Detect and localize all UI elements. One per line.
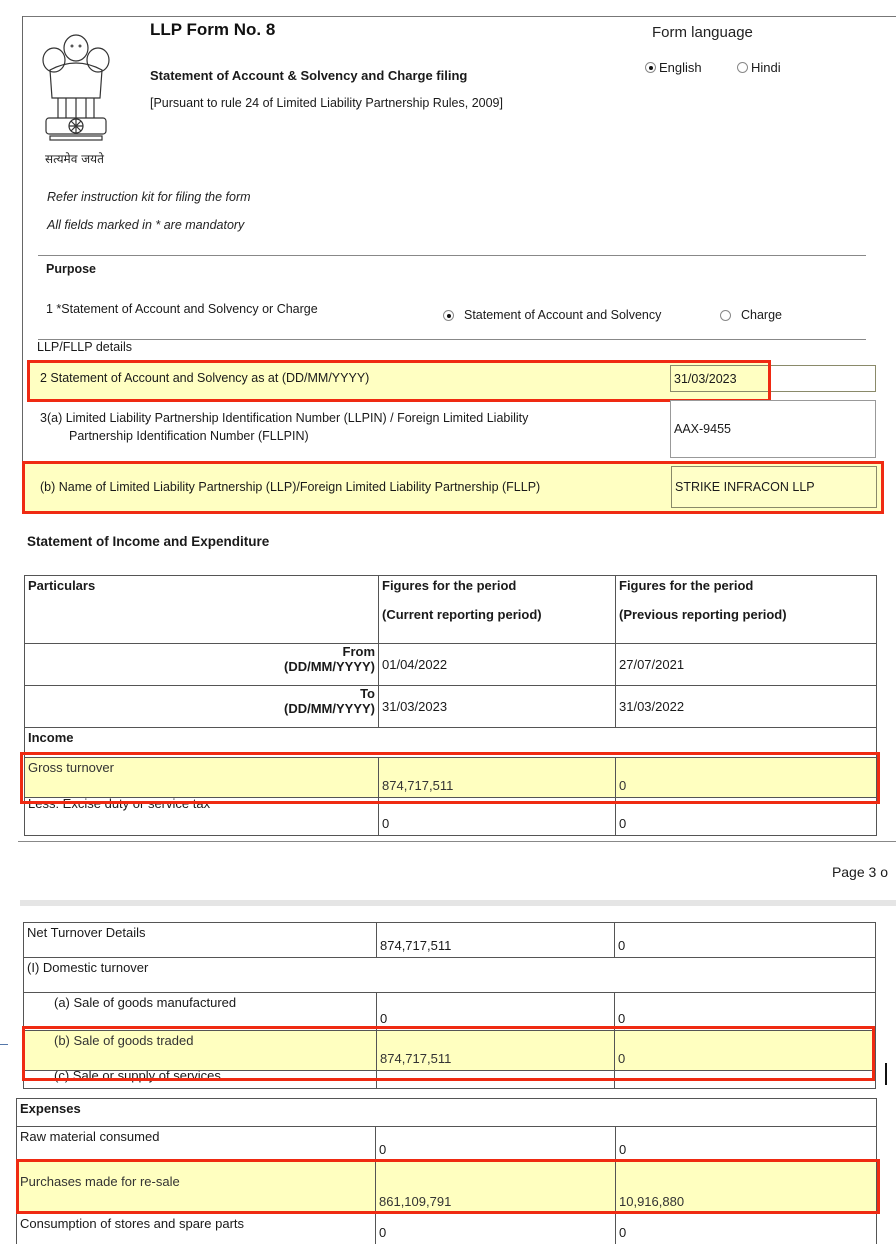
page-separator xyxy=(20,900,896,906)
to-label: To (DD/MM/YYYY) xyxy=(25,686,379,728)
net-turnover-previous[interactable]: 0 xyxy=(615,923,876,958)
q3a-label-line2: Partnership Identification Number (FLLPI… xyxy=(69,429,309,443)
purpose-option-solvency[interactable]: Statement of Account and Solvency xyxy=(443,308,661,322)
raw-material-label: Raw material consumed xyxy=(17,1127,376,1162)
language-option-label: Hindi xyxy=(751,60,781,75)
table-header-row: Particulars Figures for the period (Curr… xyxy=(25,576,877,644)
margin-mark xyxy=(0,1044,8,1045)
language-option-label: English xyxy=(659,60,702,75)
table-row-domestic: (I) Domestic turnover xyxy=(24,958,876,993)
llpin-value: AAX-9455 xyxy=(674,422,731,436)
page-left-border xyxy=(22,16,23,510)
to-current[interactable]: 31/03/2023 xyxy=(379,686,616,728)
page-bottom-line xyxy=(18,841,896,842)
purpose-option-label: Statement of Account and Solvency xyxy=(464,308,661,322)
section-title-income-expenditure: Statement of Income and Expenditure xyxy=(27,534,269,549)
purpose-heading: Purpose xyxy=(46,262,96,276)
table-row-net-turnover: Net Turnover Details 874,717,511 0 xyxy=(24,923,876,958)
header-particulars: Particulars xyxy=(25,576,379,644)
header-previous-line1: Figures for the period xyxy=(619,578,873,593)
annotation-box xyxy=(20,752,880,804)
stores-previous[interactable]: 0 xyxy=(616,1214,877,1244)
page-top-border xyxy=(22,16,896,17)
form-title: LLP Form No. 8 xyxy=(150,20,275,40)
radio-selected-icon[interactable] xyxy=(645,62,656,73)
annotation-box xyxy=(16,1159,880,1214)
page-number: Page 3 o xyxy=(832,864,888,880)
header-current-line2: (Current reporting period) xyxy=(382,607,612,622)
emblem-motto: सत्यमेव जयते xyxy=(45,150,104,167)
table-row-expenses-heading: Expenses xyxy=(17,1099,877,1127)
table-row-from: From (DD/MM/YYYY) 01/04/2022 27/07/2021 xyxy=(25,644,877,686)
annotation-box xyxy=(27,360,771,402)
divider xyxy=(38,339,866,340)
llp-details-heading: LLP/FLLP details xyxy=(37,340,132,354)
stores-current[interactable]: 0 xyxy=(376,1214,616,1244)
from-label: From (DD/MM/YYYY) xyxy=(25,644,379,686)
date-format-text: (DD/MM/YYYY) xyxy=(28,701,375,716)
language-option-english[interactable]: English xyxy=(645,60,702,75)
stores-label: Consumption of stores and spare parts xyxy=(17,1214,376,1244)
national-emblem-icon xyxy=(36,26,116,148)
q3a-label-line1: 3(a) Limited Liability Partnership Ident… xyxy=(40,411,528,425)
annotation-box xyxy=(22,461,884,514)
sale-manufactured-label: (a) Sale of goods manufactured xyxy=(24,993,377,1031)
from-current[interactable]: 01/04/2022 xyxy=(379,644,616,686)
instruction-kit-note: Refer instruction kit for filing the for… xyxy=(47,190,251,204)
divider xyxy=(38,255,866,256)
header-previous-line2: (Previous reporting period) xyxy=(619,607,873,622)
domestic-turnover-label: (I) Domestic turnover xyxy=(24,958,876,993)
expenses-heading: Expenses xyxy=(17,1099,877,1127)
annotation-box xyxy=(22,1026,875,1081)
from-previous[interactable]: 27/07/2021 xyxy=(616,644,877,686)
radio-unselected-icon[interactable] xyxy=(737,62,748,73)
table-row-stores: Consumption of stores and spare parts 0 … xyxy=(17,1214,877,1244)
language-option-hindi[interactable]: Hindi xyxy=(737,60,781,75)
from-text: From xyxy=(28,644,375,659)
sale-manufactured-previous[interactable]: 0 xyxy=(615,993,876,1031)
table-row-to: To (DD/MM/YYYY) 31/03/2023 31/03/2022 xyxy=(25,686,877,728)
date-format-text: (DD/MM/YYYY) xyxy=(28,659,375,674)
net-turnover-label: Net Turnover Details xyxy=(24,923,377,958)
raw-material-current[interactable]: 0 xyxy=(376,1127,616,1162)
llpin-field[interactable]: AAX-9455 xyxy=(670,400,876,458)
radio-selected-icon[interactable] xyxy=(443,310,454,321)
radio-unselected-icon[interactable] xyxy=(720,310,731,321)
purpose-option-charge[interactable]: Charge xyxy=(720,308,782,322)
to-previous[interactable]: 31/03/2022 xyxy=(616,686,877,728)
form-subtitle: Statement of Account & Solvency and Char… xyxy=(150,68,467,83)
table-row-raw-material: Raw material consumed 0 0 xyxy=(17,1127,877,1162)
purpose-question: 1 *Statement of Account and Solvency or … xyxy=(46,302,318,316)
form-language-label: Form language xyxy=(652,24,753,41)
header-current: Figures for the period (Current reportin… xyxy=(379,576,616,644)
header-current-line1: Figures for the period xyxy=(382,578,612,593)
to-text: To xyxy=(28,686,375,701)
mandatory-fields-note: All fields marked in * are mandatory xyxy=(47,218,244,232)
net-turnover-current[interactable]: 874,717,511 xyxy=(377,923,615,958)
table-row-sale-manufactured: (a) Sale of goods manufactured 0 0 xyxy=(24,993,876,1031)
header-previous: Figures for the period (Previous reporti… xyxy=(616,576,877,644)
form-rule: [Pursuant to rule 24 of Limited Liabilit… xyxy=(150,96,503,110)
purpose-option-label: Charge xyxy=(741,308,782,322)
sale-manufactured-current[interactable]: 0 xyxy=(377,993,615,1031)
raw-material-previous[interactable]: 0 xyxy=(616,1127,877,1162)
text-cursor xyxy=(885,1063,887,1085)
